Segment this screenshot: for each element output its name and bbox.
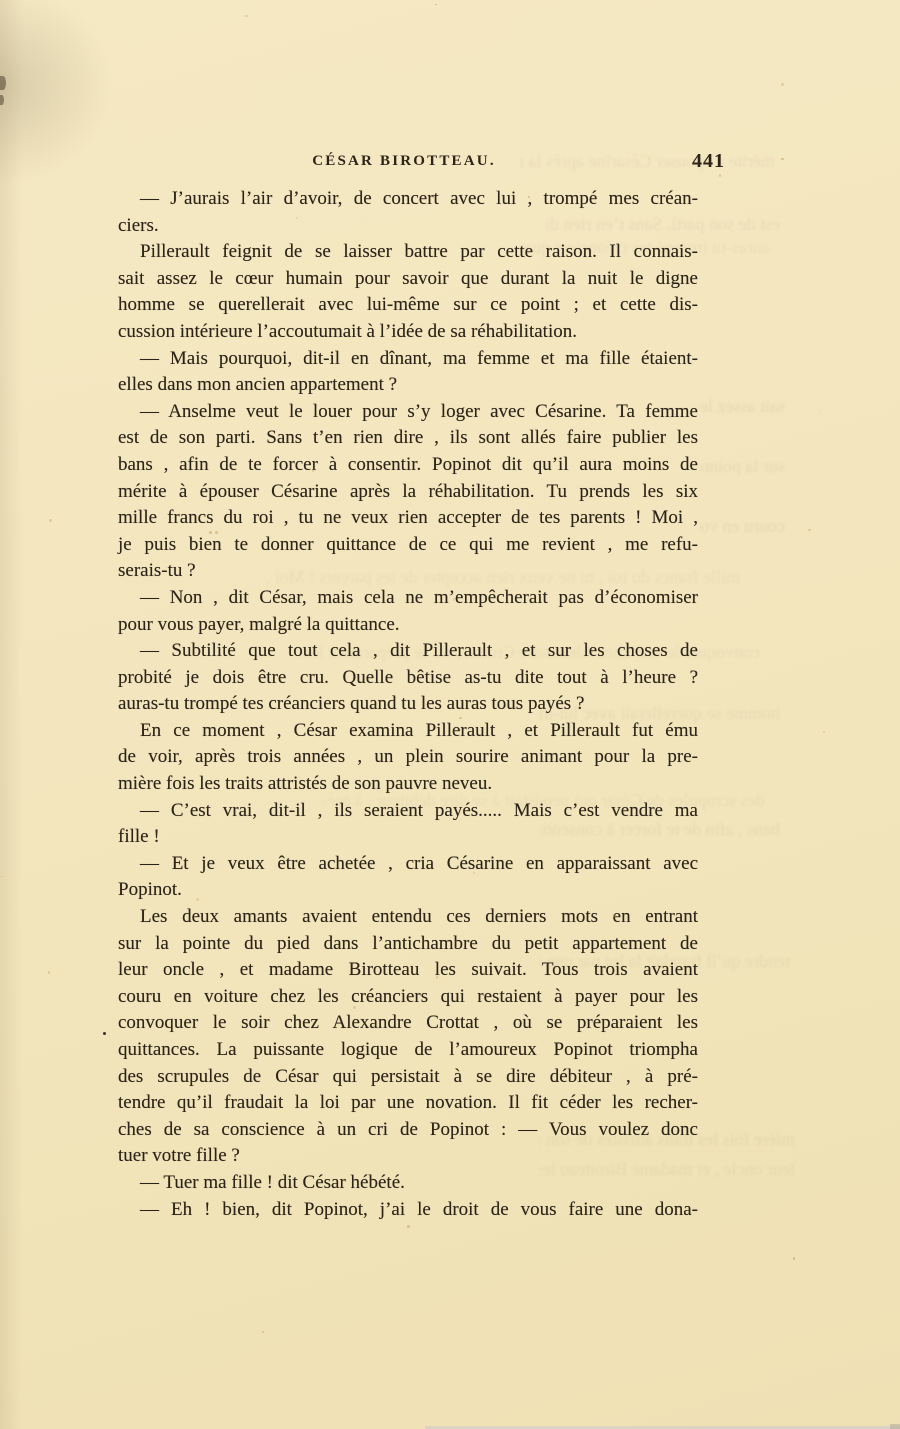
text-line: auras-tu trompé tes créanciers quand tu … — [118, 691, 698, 718]
paper-speck — [435, 4, 436, 5]
text-line: — Subtilité que tout cela , dit Pillerau… — [118, 638, 698, 665]
text-line: sait assez le cœur humain pour savoir qu… — [118, 266, 698, 293]
text-line: bans , afin de te forcer à consentir. Po… — [118, 452, 698, 479]
text-line: pour vous payer, malgré la quittance. — [118, 612, 698, 639]
show-through-text: sur la pointe du pied dans l’antichambre… — [700, 455, 785, 477]
text-line: de voir, après trois années , un plein s… — [118, 744, 698, 771]
text-line: fille ! — [118, 824, 698, 851]
page-header: CÉSAR BIROTTEAU. 441 — [118, 153, 698, 179]
paper-speck — [823, 731, 825, 733]
paper-speck — [262, 1331, 264, 1333]
show-through-text: sait assez le cœur humain pour savoir qu… — [700, 395, 785, 417]
text-line: — C’est vrai, dit-il , ils seraient payé… — [118, 798, 698, 825]
text-line: probité je dois être cru. Quelle bêtise … — [118, 665, 698, 692]
text-line: est de son parti. Sans t’en rien dire , … — [118, 425, 698, 452]
scan-edge-mark — [0, 95, 4, 105]
text-line: En ce moment , César examina Pillerault … — [118, 718, 698, 745]
book-page-scan: mérite à épouser Césarine après la réhab… — [0, 0, 900, 1429]
text-line: ciers. — [118, 213, 698, 240]
text-line: je puis bien te donner quittance de ce q… — [118, 532, 698, 559]
text-line: leur oncle , et madame Birotteau les sui… — [118, 957, 698, 984]
paper-speck — [808, 529, 811, 532]
text-line: homme se querellerait avec lui-même sur … — [118, 292, 698, 319]
text-line: des scrupules de César qui persistait à … — [118, 1064, 698, 1091]
text-line: quittances. La puissante logique de l’am… — [118, 1037, 698, 1064]
text-line: — J’aurais l’air d’avoir, de concert ave… — [118, 186, 698, 213]
text-line: mière fois les traits attristés de son p… — [118, 771, 698, 798]
show-through-text: couru en voiture chez les créanciers qui… — [700, 515, 785, 537]
scan-corner-smudge — [890, 1424, 900, 1429]
text-line: — Anselme veut le louer pour s’y loger a… — [118, 399, 698, 426]
paper-speck — [1, 876, 2, 877]
ink-speck — [103, 1032, 106, 1035]
text-line: tendre qu’il fraudait la loi par une nov… — [118, 1090, 698, 1117]
text-line: elles dans mon ancien appartement ? — [118, 372, 698, 399]
paper-speck — [49, 519, 52, 522]
text-line: sur la pointe du pied dans l’antichambre… — [118, 931, 698, 958]
paper-speck — [781, 158, 784, 161]
text-line: tuer votre fille ? — [118, 1143, 698, 1170]
text-line: Popinot. — [118, 877, 698, 904]
text-line: couru en voiture chez les créanciers qui… — [118, 984, 698, 1011]
text-line: — Non , dit César, mais cela ne m’empêch… — [118, 585, 698, 612]
text-line: — Mais pourquoi, dit-il en dînant, ma fe… — [118, 346, 698, 373]
paper-speck — [819, 411, 820, 412]
paper-speck — [407, 1225, 410, 1228]
text-line: convoquer le soir chez Alexandre Crottat… — [118, 1010, 698, 1037]
text-line: — Eh ! bien, dit Popinot, j’ai le droit … — [118, 1197, 698, 1224]
text-line: cussion intérieure l’accoutumait à l’idé… — [118, 319, 698, 346]
text-line: Pillerault feignit de se laisser battre … — [118, 239, 698, 266]
text-line: — Et je veux être achetée , cria Césarin… — [118, 851, 698, 878]
text-line: mille francs du roi , tu ne veux rien ac… — [118, 505, 698, 532]
text-line: serais-tu ? — [118, 558, 698, 585]
text-line: mérite à épouser Césarine après la réhab… — [118, 479, 698, 506]
text-block: — J’aurais l’air d’avoir, de concert ave… — [118, 186, 698, 1223]
paper-speck — [793, 1257, 796, 1260]
running-title: CÉSAR BIROTTEAU. — [114, 153, 694, 170]
text-line: — Tuer ma fille ! dit César hébété. — [118, 1170, 698, 1197]
paper-speck — [245, 15, 248, 18]
page-number: 441 — [692, 150, 725, 173]
paper-speck — [48, 971, 50, 973]
scan-edge-mark — [0, 76, 6, 90]
paper-speck — [719, 174, 722, 177]
text-line: Les deux amants avaient entendu ces dern… — [118, 904, 698, 931]
paper-speck — [781, 83, 783, 85]
text-line: ches de sa conscience à un cri de Popino… — [118, 1117, 698, 1144]
